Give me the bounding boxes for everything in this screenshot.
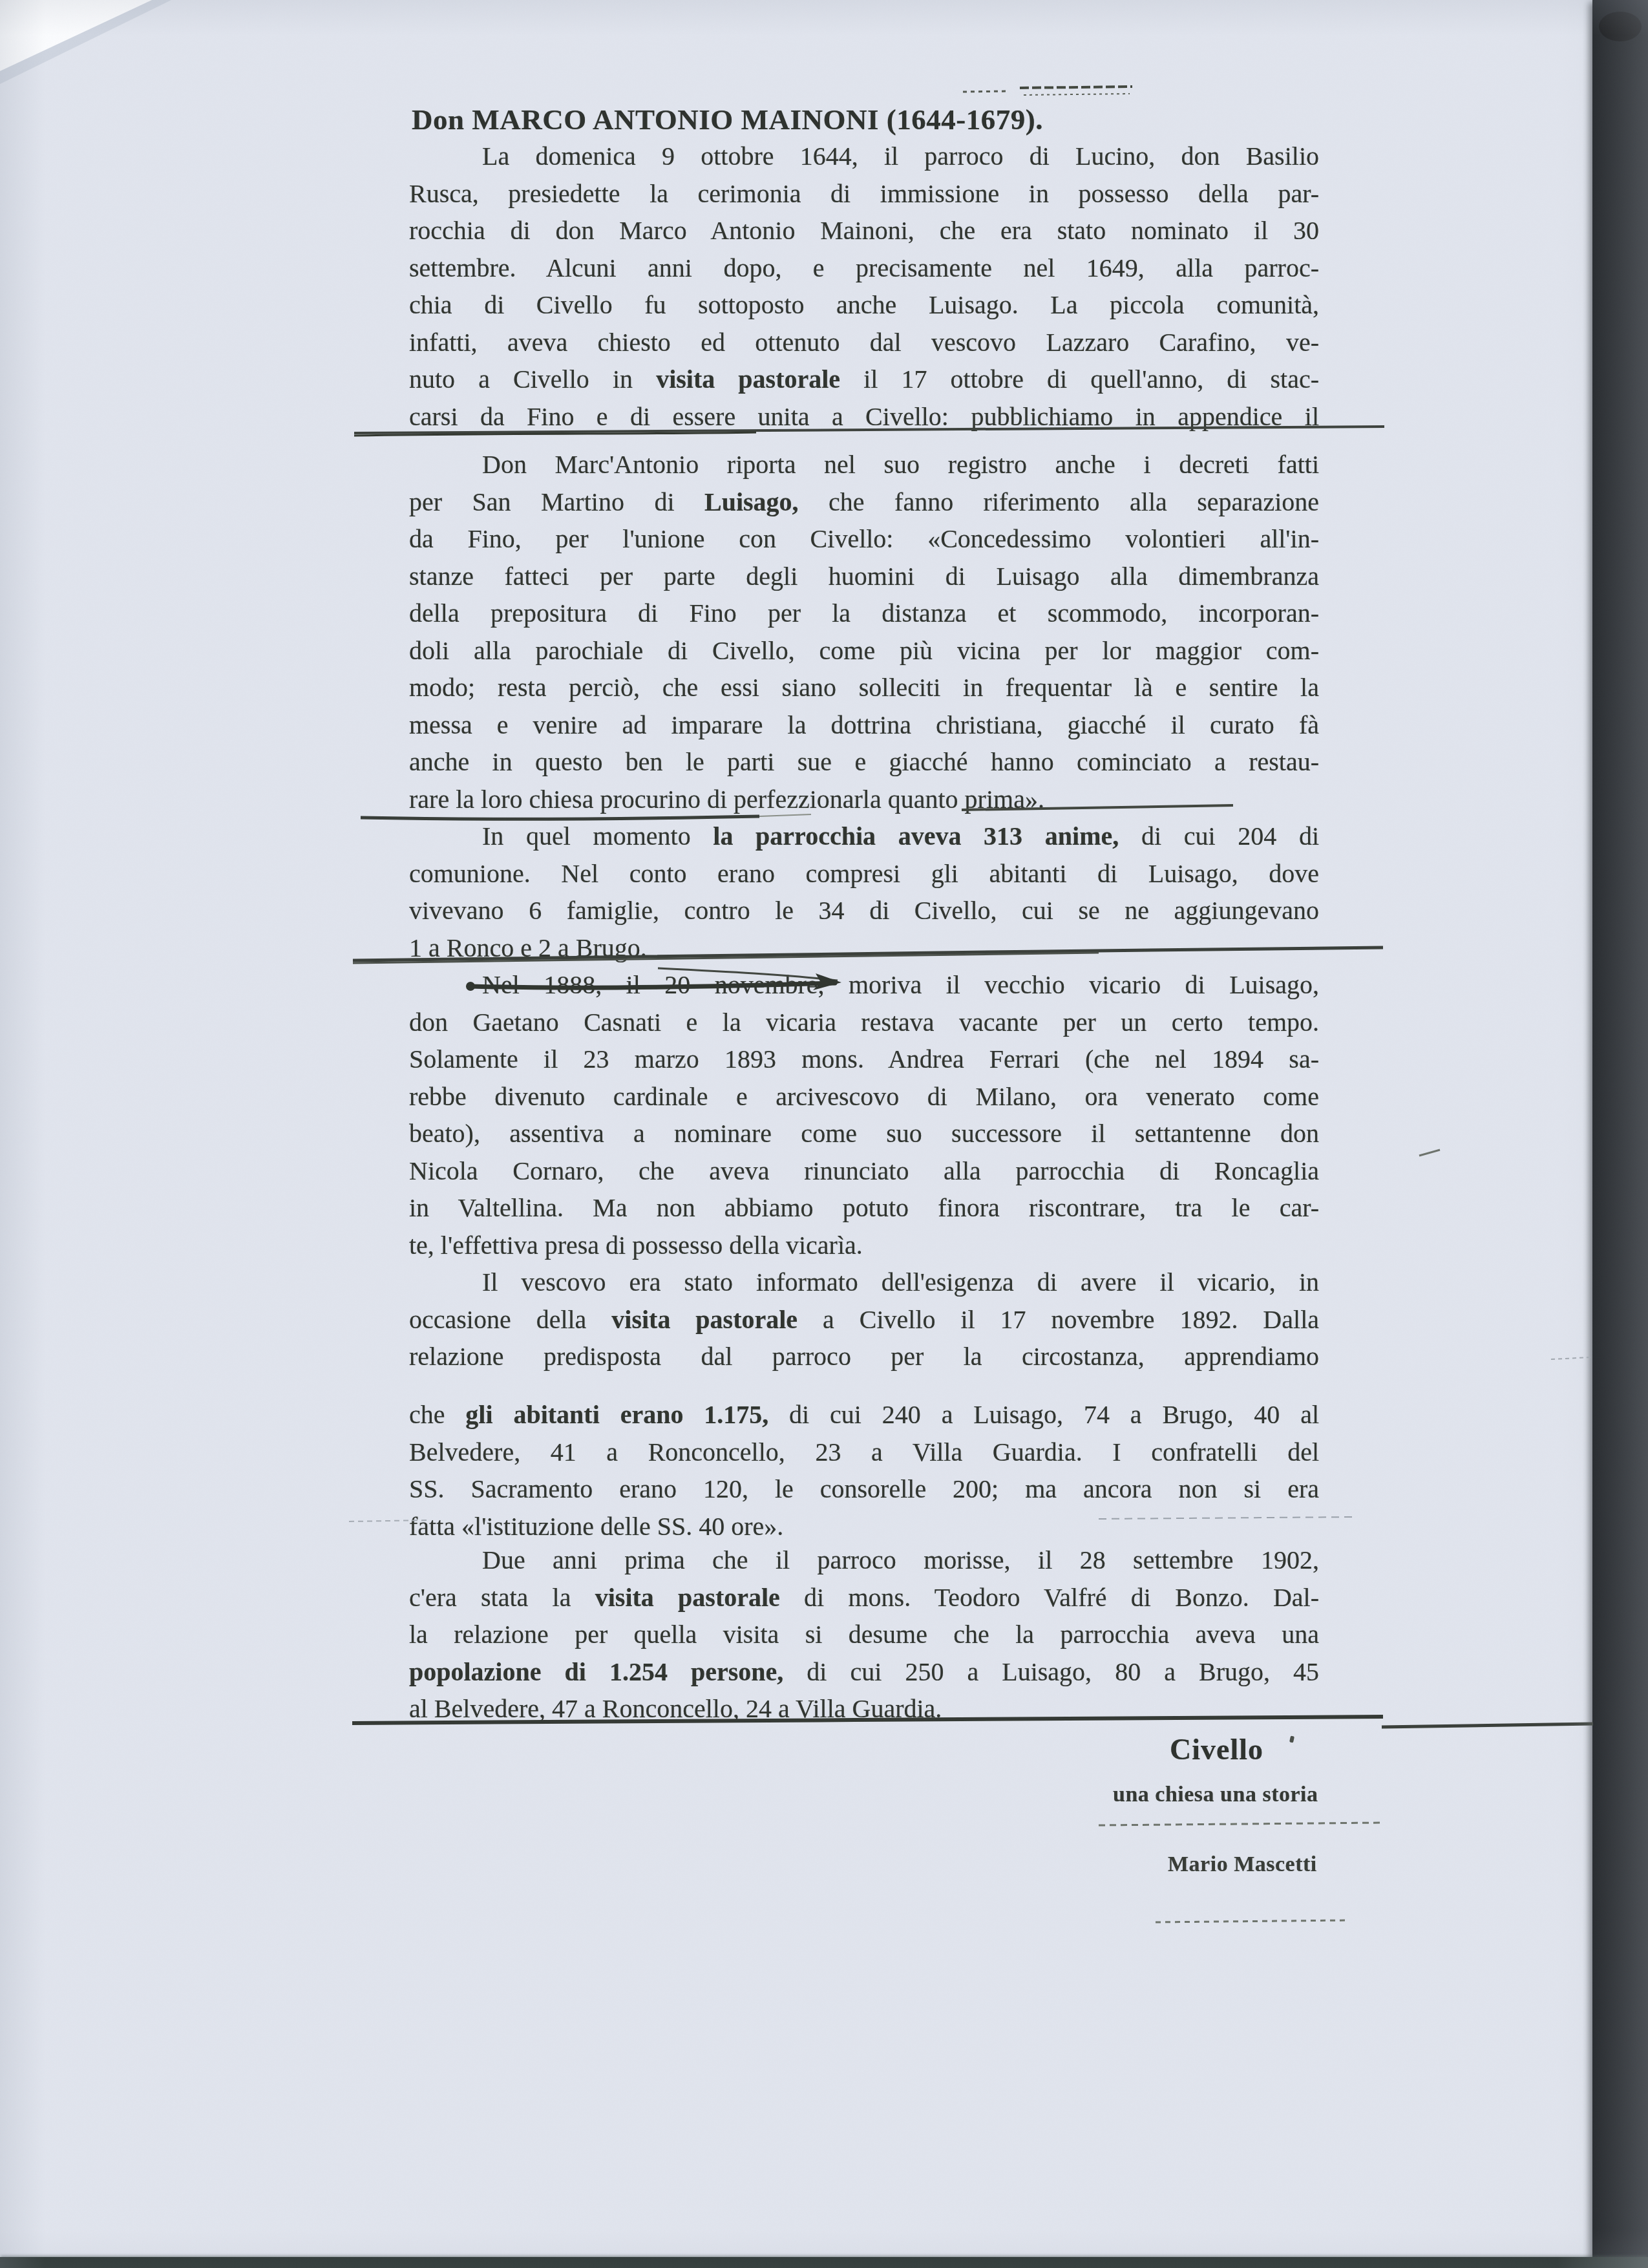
scanner-bottom-strip xyxy=(0,2257,1648,2268)
text-line: 1 a Ronco e 2 a Brugo. xyxy=(409,929,1319,967)
text-line: c'era stata la visita pastorale di mons.… xyxy=(409,1579,1319,1616)
top-dash-artifact xyxy=(1020,87,1132,88)
footer-author: Mario Mascetti xyxy=(1168,1852,1317,1877)
text-line: don Gaetano Casnati e la vicaria restava… xyxy=(409,1004,1319,1041)
text-line: rocchia di don Marco Antonio Mainoni, ch… xyxy=(409,212,1319,249)
text-line: della prepositura di Fino per la distanz… xyxy=(409,595,1319,632)
page-title: Don MARCO ANTONIO MAINONI (1644-1679). xyxy=(412,103,1252,136)
stray-ink-dot xyxy=(1289,1735,1294,1743)
text-line: Due anni prima che il parroco morisse, i… xyxy=(409,1542,1319,1579)
text-line: la relazione per quella visita si desume… xyxy=(409,1616,1319,1653)
text-line: In quel momento la parrocchia aveva 313 … xyxy=(409,818,1319,855)
text-line: chia di Civello fu sottoposto anche Luis… xyxy=(409,286,1319,324)
top-dash-artifact xyxy=(963,91,1008,92)
text-line: stanze fatteci per parte degli huomini d… xyxy=(409,558,1319,595)
footer-book-title: Civello xyxy=(1170,1732,1263,1766)
text-line: Belvedere, 41 a Ronconcello, 23 a Villa … xyxy=(409,1434,1319,1471)
text-line: per San Martino di Luisago, che fanno ri… xyxy=(409,483,1319,521)
footer-dotted-rule xyxy=(1156,1920,1348,1922)
text-line: relazione predisposta dal parroco per la… xyxy=(409,1338,1319,1375)
text-line: occasione della visita pastorale a Civel… xyxy=(409,1301,1319,1339)
text-line: Nicola Cornaro, che aveva rinunciato all… xyxy=(409,1152,1319,1190)
text-line: settembre. Alcuni anni dopo, e precisame… xyxy=(409,249,1319,287)
text-line: doli alla parochiale di Civello, come pi… xyxy=(409,632,1319,670)
text-line: rebbe divenuto cardinale e arcivescovo d… xyxy=(409,1078,1319,1116)
text-line: La domenica 9 ottobre 1644, il parroco d… xyxy=(409,138,1319,175)
text-line: Don Marc'Antonio riporta nel suo registr… xyxy=(409,446,1319,483)
text-line: popolazione di 1.254 persone, di cui 250… xyxy=(409,1653,1319,1691)
text-line: vivevano 6 famiglie, contro le 34 di Civ… xyxy=(409,892,1319,929)
page-corner-lift xyxy=(0,0,152,71)
text-line: modo; resta perciò, che essi siano solle… xyxy=(409,669,1319,706)
text-line: Nel 1888, il 20 novembre, moriva il vecc… xyxy=(409,966,1319,1004)
text-line: SS. Sacramento erano 120, le consorelle … xyxy=(409,1470,1319,1508)
text-line: messa e venire ad imparare la dottrina c… xyxy=(409,706,1319,744)
scanner-edge-band xyxy=(1592,0,1648,2268)
text-line: Il vescovo era stato informato dell'esig… xyxy=(409,1264,1319,1301)
text-line: rare la loro chiesa procurino di perfezz… xyxy=(409,781,1319,818)
footer-book-subtitle: una chiesa una storia xyxy=(1113,1783,1318,1807)
text-line: Rusca, presiedette la cerimonia di immis… xyxy=(409,175,1319,213)
top-dash-artifact xyxy=(1024,94,1130,95)
text-line: anche in questo ben le parti sue e giacc… xyxy=(409,743,1319,781)
text-line: che gli abitanti erano 1.175, di cui 240… xyxy=(409,1396,1319,1434)
text-line: Solamente il 23 marzo 1893 mons. Andrea … xyxy=(409,1041,1319,1078)
text-line: te, l'effettiva presa di possesso della … xyxy=(409,1227,1319,1264)
footer-dotted-rule xyxy=(1099,1823,1383,1825)
margin-tick-artifact xyxy=(1419,1150,1440,1156)
footer-rule xyxy=(1382,1724,1593,1727)
text-line: infatti, aveva chiesto ed ottenuto dal v… xyxy=(409,324,1319,361)
scanned-page: Don MARCO ANTONIO MAINONI (1644-1679). L… xyxy=(0,0,1648,2268)
text-line: al Belvedere, 47 a Ronconcello, 24 a Vil… xyxy=(409,1690,1319,1728)
text-line: da Fino, per l'unione con Civello: «Conc… xyxy=(409,520,1319,558)
scanner-edge-blob xyxy=(1599,12,1642,41)
text-line: comunione. Nel conto erano compresi gli … xyxy=(409,855,1319,893)
text-line: beato), assentiva a nominare come suo su… xyxy=(409,1115,1319,1152)
text-line: fatta «l'istituzione delle SS. 40 ore». xyxy=(409,1508,1319,1545)
text-line: in Valtellina. Ma non abbiamo potuto fin… xyxy=(409,1189,1319,1227)
text-line: carsi da Fino e di essere unita a Civell… xyxy=(409,398,1319,436)
faint-dash-artifact xyxy=(1551,1357,1591,1359)
text-line: nuto a Civello in visita pastorale il 17… xyxy=(409,361,1319,398)
